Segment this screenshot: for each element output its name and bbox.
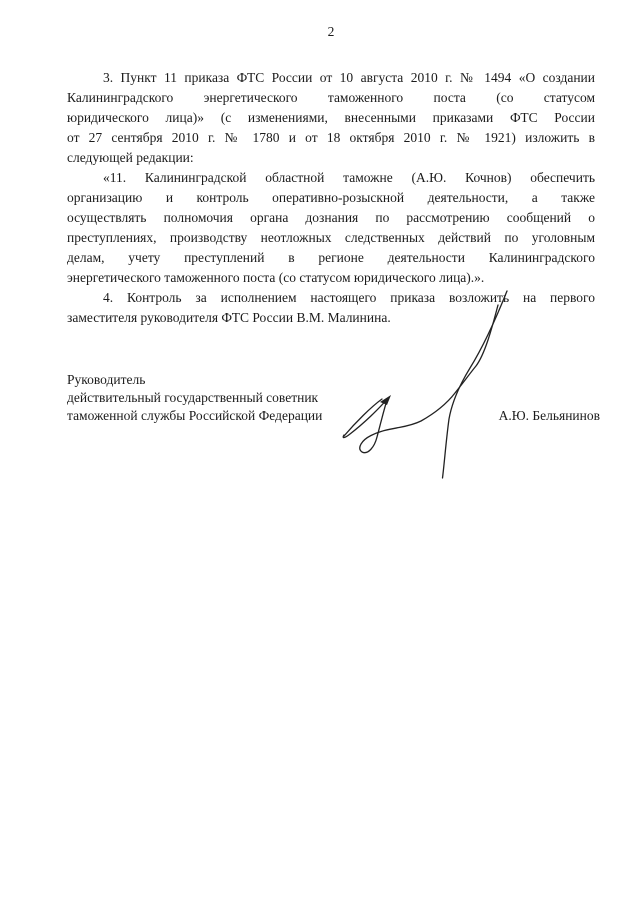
text-line: 4. Контроль за исполнением настоящего пр… (67, 288, 595, 308)
text-line: преступлениях, производству неотложных с… (67, 228, 595, 248)
text-line: 3. Пункт 11 приказа ФТС России от 10 авг… (67, 68, 595, 88)
text-line: осуществлять полномочия органа дознания … (67, 208, 595, 228)
signoff-title-line: действительный государственный советник (67, 389, 322, 407)
text-line: от 27 сентября 2010 г. № 1780 и от 18 ок… (67, 128, 595, 148)
signoff-name: А.Ю. Бельянинов (499, 407, 600, 425)
text-line: «11. Калининградской областной таможне (… (67, 168, 595, 188)
text-line: заместителя руководителя ФТС России В.М.… (67, 308, 595, 328)
signoff-title-line: таможенной службы Российской Федерации (67, 407, 322, 425)
signoff-block: Руководительдействительный государственн… (67, 371, 600, 425)
text-line: энергетического таможенного поста (со ст… (67, 268, 595, 288)
signoff-title-line: Руководитель (67, 371, 322, 389)
text-line: делам, учету преступлений в регионе деят… (67, 248, 595, 268)
text-line: следующей редакции: (67, 148, 595, 168)
page-number: 2 (67, 22, 595, 42)
text-line: юридического лица)» (с изменениями, внес… (67, 108, 595, 128)
text-line: организацию и контроль оперативно-розыск… (67, 188, 595, 208)
document-page: 2 3. Пункт 11 приказа ФТС России от 10 а… (0, 0, 640, 900)
signoff-title: Руководительдействительный государственн… (67, 371, 322, 425)
text-line: Калининградского энергетического таможен… (67, 88, 595, 108)
body-text: 3. Пункт 11 приказа ФТС России от 10 авг… (67, 68, 595, 328)
